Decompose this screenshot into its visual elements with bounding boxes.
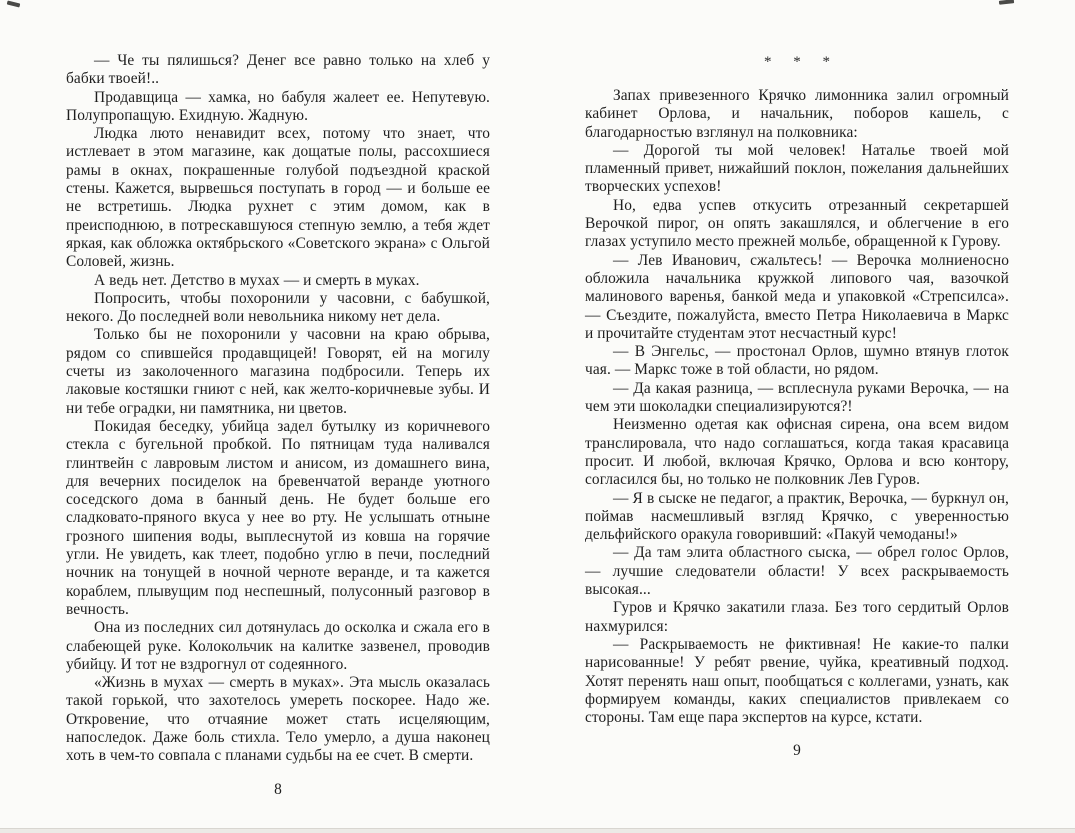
right-page: * * * Запах привезенного Крячко лимонник… (585, 52, 1009, 760)
paragraph: Попросить, чтобы похоронили у часовни, с… (66, 290, 490, 327)
paragraph: Людка люто ненавидит всех, потому что зн… (66, 125, 490, 271)
paragraph: — В Энгельс, — простонал Орлов, шумно вт… (585, 343, 1009, 380)
paragraph: «Жизнь в мухах — смерть в муках». Эта мы… (66, 674, 490, 765)
paragraph: — Дорогой ты мой человек! Наталье твоей … (585, 142, 1009, 197)
paragraph: — Лев Иванович, сжальтесь! — Верочка мол… (585, 252, 1009, 343)
paragraph: Она из последних сил дотянулась до оскол… (66, 619, 490, 674)
scan-corner-artifact (7, 0, 21, 7)
paragraph: — Я в сыске не педагог, а практик, Вероч… (585, 490, 1009, 545)
scan-corner-artifact (999, 0, 1014, 5)
paragraph: А ведь нет. Детство в мухах — и смерть в… (66, 272, 490, 290)
right-page-text: Запах привезенного Крячко лимонника зали… (585, 87, 1009, 727)
section-break: * * * (585, 54, 1009, 71)
paragraph: — Да какая разница, — всплеснула руками … (585, 380, 1009, 417)
paragraph: Только бы не похоронили у часовни на кра… (66, 326, 490, 417)
paragraph: Но, едва успев откусить отрезанный секре… (585, 197, 1009, 252)
paragraph: Запах привезенного Крячко лимонника зали… (585, 87, 1009, 142)
left-page-number: 8 (66, 781, 490, 799)
paragraph: Гуров и Крячко закатили глаза. Без того … (585, 599, 1009, 636)
paragraph: — Раскрываемость не фиктивная! Не какие-… (585, 636, 1009, 727)
paragraph: Продавщица — хамка, но бабуля жалеет ее.… (66, 89, 490, 126)
book-spread: — Че ты пялишься? Денег все равно только… (0, 0, 1075, 833)
left-page-text: — Че ты пялишься? Денег все равно только… (66, 52, 490, 766)
right-page-number: 9 (585, 742, 1009, 760)
paragraph: — Да там элита областного сыска, — обрел… (585, 544, 1009, 599)
left-page: — Че ты пялишься? Денег все равно только… (66, 52, 490, 799)
scan-edge-artifact (0, 828, 1075, 833)
paragraph: Неизменно одетая как офисная сирена, она… (585, 416, 1009, 489)
paragraph: — Че ты пялишься? Денег все равно только… (66, 52, 490, 89)
paragraph: Покидая беседку, убийца задел бутылку из… (66, 418, 490, 619)
